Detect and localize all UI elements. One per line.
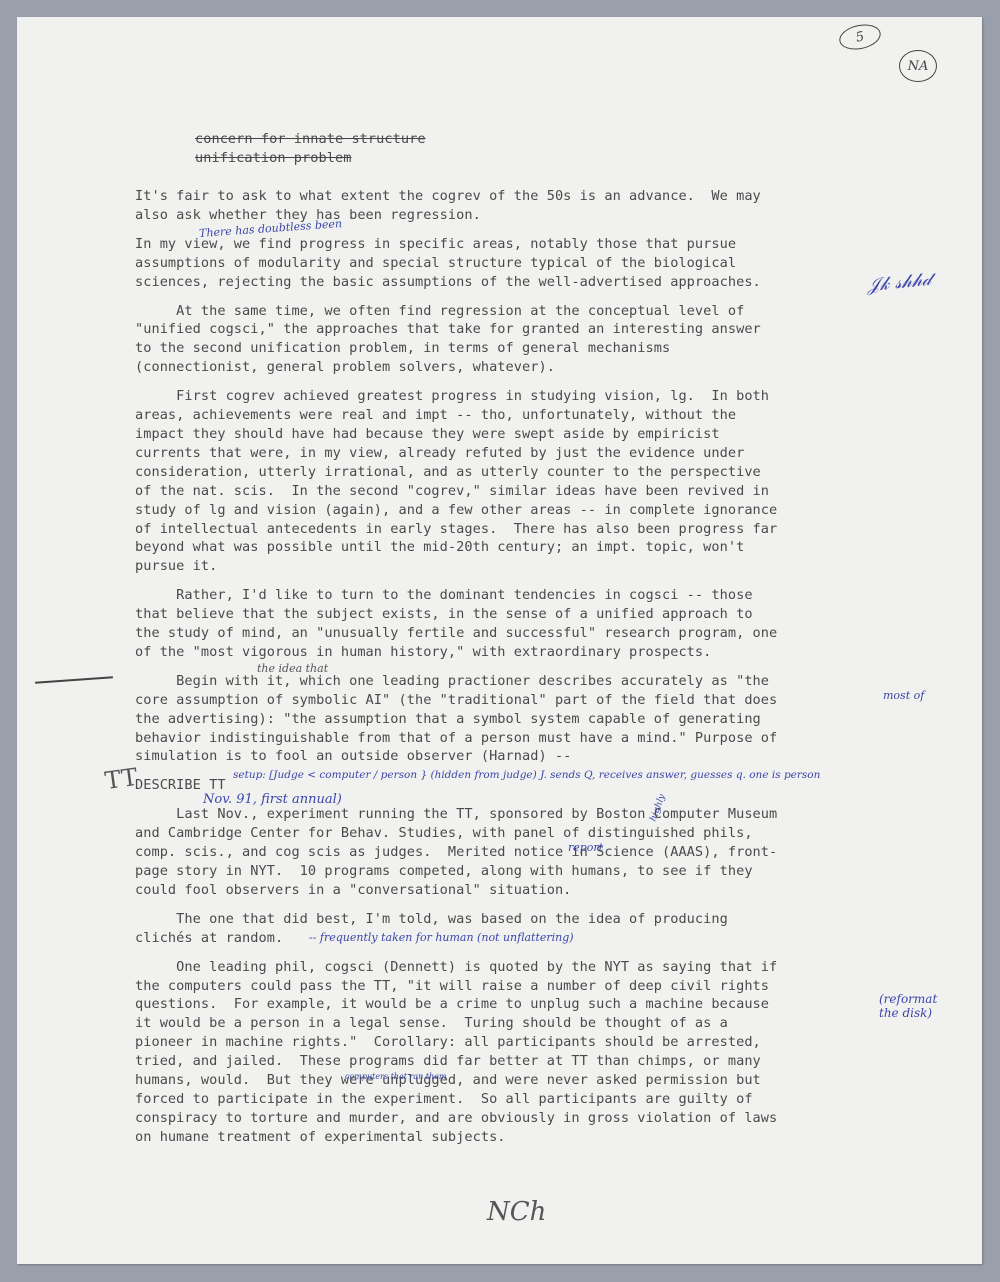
text-line: behavior indistinguishable from that of … bbox=[135, 729, 895, 748]
text-line: the advertising): "the assumption that a… bbox=[135, 710, 895, 729]
struck-heading: concern for innate structure bbox=[195, 130, 595, 149]
paragraph: Rather, I'd like to turn to the dominant… bbox=[135, 586, 895, 662]
annotation-above-begin-with: the idea that bbox=[257, 662, 328, 675]
text-line: questions. For example, it would be a cr… bbox=[135, 995, 895, 1014]
text-line: of the nat. scis. In the second "cogrev,… bbox=[135, 482, 895, 501]
text-line: currents that were, in my view, already … bbox=[135, 444, 895, 463]
text-line: The one that did best, I'm told, was bas… bbox=[135, 910, 895, 929]
paragraph: At the same time, we often find regressi… bbox=[135, 302, 895, 378]
margin-dash-mark bbox=[35, 676, 113, 683]
text-line: of intellectual antecedents in early sta… bbox=[135, 520, 895, 539]
text-line: the study of mind, an "unusually fertile… bbox=[135, 624, 895, 643]
paragraph: Last Nov., experiment running the TT, sp… bbox=[135, 805, 895, 900]
annotation-date: Nov. 91, first annual) bbox=[203, 792, 342, 807]
annotation-report: report bbox=[568, 841, 603, 854]
text-line: (connectionist, general problem solvers,… bbox=[135, 358, 895, 377]
page-number-mark: 5 bbox=[837, 21, 883, 53]
text-line: forced to participate in the experiment.… bbox=[135, 1090, 895, 1109]
paragraph: In my view, we find progress in specific… bbox=[135, 235, 895, 292]
text-line: In my view, we find progress in specific… bbox=[135, 235, 895, 254]
text-line: could fool observers in a "conversationa… bbox=[135, 881, 895, 900]
text-line: page story in NYT. 10 programs competed,… bbox=[135, 862, 895, 881]
annotation-cliches: -- frequently taken for human (not unfla… bbox=[309, 931, 574, 944]
annotation-bottom-initials: NCh bbox=[487, 1197, 546, 1227]
text-line: study of lg and vision (again), and a fe… bbox=[135, 501, 895, 520]
text-line: Rather, I'd like to turn to the dominant… bbox=[135, 586, 895, 605]
text-line: areas, achievements were real and impt -… bbox=[135, 406, 895, 425]
paragraph: One leading phil, cogsci (Dennett) is qu… bbox=[135, 958, 895, 1147]
text-line: impact they should have had because they… bbox=[135, 425, 895, 444]
text-line: Last Nov., experiment running the TT, sp… bbox=[135, 805, 895, 824]
paragraph: It's fair to ask to what extent the cogr… bbox=[135, 187, 895, 225]
text-line: simulation is to fool an outside observe… bbox=[135, 747, 895, 766]
initials-circle-mark: NA bbox=[899, 50, 937, 82]
text-line: "unified cogsci," the approaches that ta… bbox=[135, 320, 895, 339]
text-line: of the "most vigorous in human history,"… bbox=[135, 643, 895, 662]
text-line: the computers could pass the TT, "it wil… bbox=[135, 977, 895, 996]
annotation-most-of: most of bbox=[883, 689, 924, 702]
annotation-setup: setup: [Judge < computer / person } (hid… bbox=[233, 769, 820, 781]
text-line: pioneer in machine rights." Corollary: a… bbox=[135, 1033, 895, 1052]
text-line: conspiracy to torture and murder, and ar… bbox=[135, 1109, 895, 1128]
text-line: assumptions of modularity and special st… bbox=[135, 254, 895, 273]
document-page: 5 NA concern for innate structure unific… bbox=[17, 17, 982, 1264]
text-line: It's fair to ask to what extent the cogr… bbox=[135, 187, 895, 206]
annotation-reformat: (reformat the disk) bbox=[879, 992, 959, 1020]
text-line: At the same time, we often find regressi… bbox=[135, 302, 895, 321]
text-line: to the second unification problem, in te… bbox=[135, 339, 895, 358]
struck-heading: unification problem bbox=[195, 149, 595, 168]
text-line: that believe that the subject exists, in… bbox=[135, 605, 895, 624]
text-line: First cogrev achieved greatest progress … bbox=[135, 387, 895, 406]
annotation-computers-that-ran: computers that ran them bbox=[345, 1072, 446, 1081]
text-line: One leading phil, cogsci (Dennett) is qu… bbox=[135, 958, 895, 977]
text-line: also ask whether they has been regressio… bbox=[135, 206, 895, 225]
text-line: comp. scis., and cog scis as judges. Mer… bbox=[135, 843, 895, 862]
text-line: sciences, rejecting the basic assumption… bbox=[135, 273, 895, 292]
text-line: core assumption of symbolic AI" (the "tr… bbox=[135, 691, 895, 710]
text-line: humans, would. But they were unplugged, … bbox=[135, 1071, 895, 1090]
text-line: beyond what was possible until the mid-2… bbox=[135, 538, 895, 557]
text-line: it would be a person in a legal sense. T… bbox=[135, 1014, 895, 1033]
paragraph: First cogrev achieved greatest progress … bbox=[135, 387, 895, 576]
text-line: and Cambridge Center for Behav. Studies,… bbox=[135, 824, 895, 843]
text-line: on humane treatment of experimental subj… bbox=[135, 1128, 895, 1147]
text-line: tried, and jailed. These programs did fa… bbox=[135, 1052, 895, 1071]
text-line: consideration, utterly irrational, and a… bbox=[135, 463, 895, 482]
struck-headings: concern for innate structure unification… bbox=[195, 130, 595, 168]
annotation-margin-tt: TT bbox=[103, 763, 139, 795]
body-text: It's fair to ask to what extent the cogr… bbox=[135, 187, 895, 1157]
text-line: pursue it. bbox=[135, 557, 895, 576]
text-line: Begin with it, which one leading practio… bbox=[135, 672, 895, 691]
paragraph: Begin with it, which one leading practio… bbox=[135, 672, 895, 767]
